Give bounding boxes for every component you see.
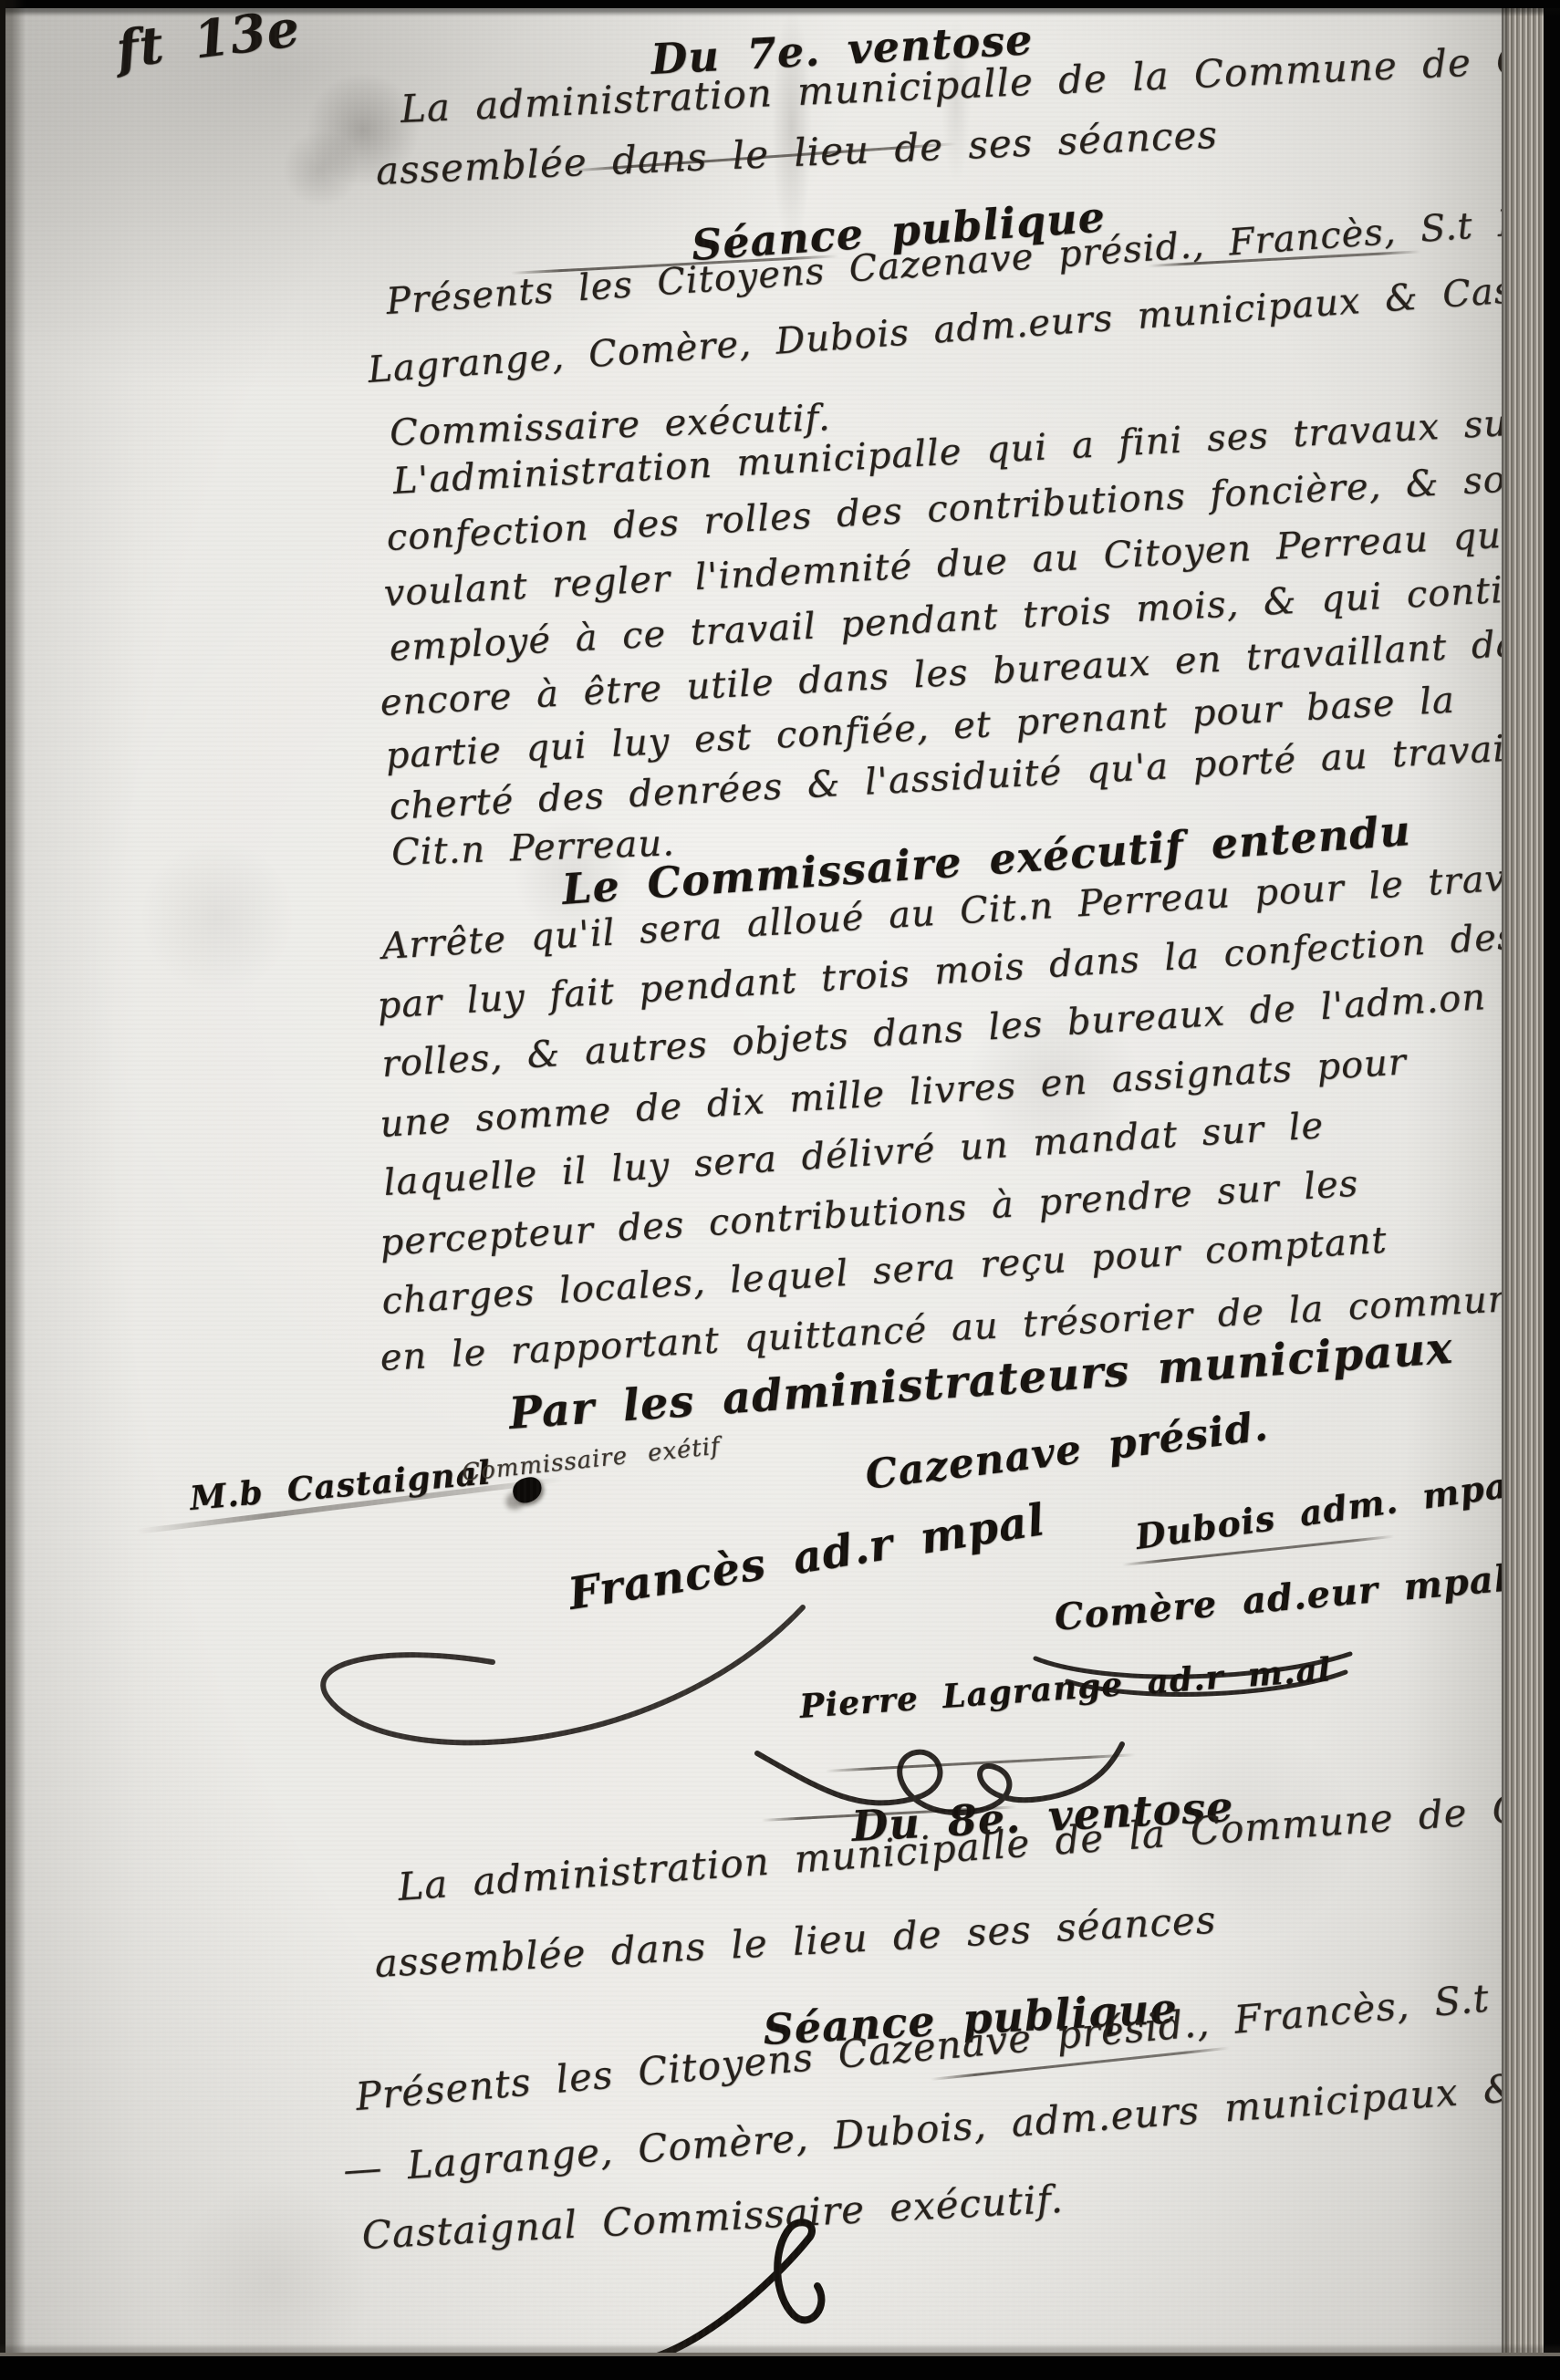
scan-edge-top bbox=[0, 0, 1560, 16]
signature-lagrange: Pierre Lagrange ad.r m.al bbox=[798, 1650, 1333, 1726]
signature-frances: Francès ad.r mpal bbox=[565, 1494, 1048, 1620]
scan-edge-left bbox=[0, 0, 26, 2380]
signature-castaignal-title: Commissaire exétif bbox=[461, 1432, 722, 1487]
signature-comere: Comère ad.eur mpal bbox=[1053, 1557, 1511, 1639]
signature-flourish-frances bbox=[274, 1589, 821, 1772]
scan-edge-right bbox=[1544, 0, 1560, 2380]
manuscript-line: assemblée dans le lieu de ses séances bbox=[373, 1897, 1217, 1986]
scan-edge-bottom bbox=[0, 2344, 1560, 2380]
manuscript-line: Castaignal Commissaire exécutif. bbox=[360, 2177, 1064, 2258]
manuscript-page: ft 13e Du 7e. ventose La administration … bbox=[0, 0, 1560, 2380]
signature-cazenave: Cazenave présid. bbox=[863, 1403, 1271, 1499]
ink-stroke bbox=[826, 1753, 1136, 1772]
book-page-edges bbox=[1502, 0, 1544, 2380]
